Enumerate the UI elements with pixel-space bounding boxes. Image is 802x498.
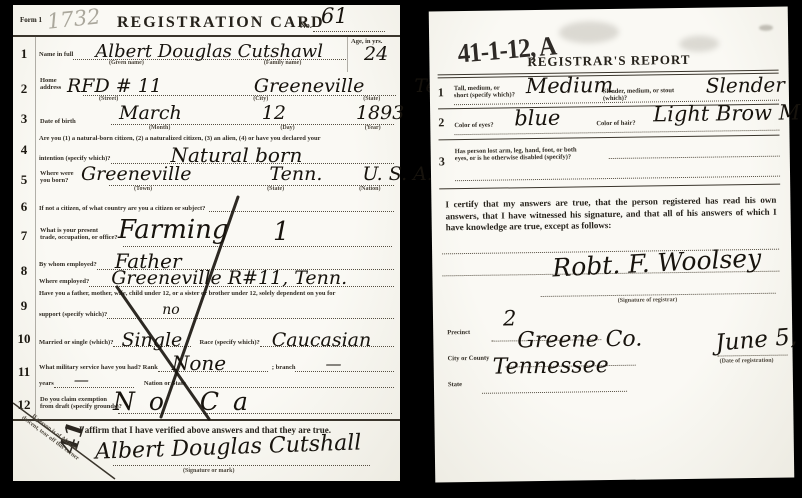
signature-or-mark-sublabel: (Signature or mark) [183, 468, 234, 474]
row-number: 3 [439, 154, 445, 169]
row-number: 2 [438, 115, 444, 130]
alien-country-label: If not a citizen, of what country are yo… [39, 205, 205, 214]
row-number: 1 [13, 36, 36, 72]
years-label: years [39, 380, 54, 389]
dependents-label2: support (specify which)? [39, 311, 107, 321]
row-dependents: 9 Have you a father, mother, wife, child… [13, 288, 400, 324]
state-field: Tennessee State [448, 370, 678, 394]
born-town: Greeneville [81, 163, 191, 185]
registration-date-value: June 5, 1917 [714, 318, 802, 356]
city-county-value: Greene Co. [517, 327, 642, 354]
scan-smudge [679, 35, 719, 52]
row-exemption: 12 Do you claim exemption from draft (sp… [13, 391, 400, 419]
home-address-city: Greeneville [254, 75, 364, 97]
row-name: 1 Age, in yrs. 24 Name in full Albert Do… [13, 36, 400, 72]
registrant-signature: Albert Douglas Cutshall [95, 430, 362, 464]
disability-label2: eyes, or is he otherwise disabled (speci… [455, 153, 577, 162]
birth-year: 1893 [356, 102, 404, 124]
race-label: Race (specify which)? [191, 339, 259, 350]
military-rank-value: None [172, 351, 226, 375]
no-value-handwritten: 61 [321, 4, 348, 28]
row-military-service: 11 What military service have you had? R… [13, 353, 400, 391]
sublabel-day: (Day) [280, 125, 294, 131]
branch-value: — [325, 354, 341, 373]
city-county-label: City or County [448, 355, 490, 363]
row-number: 2 [13, 72, 36, 105]
registrars-report-card: 41-1-12, A REGISTRAR'S REPORT 1 Tall, me… [429, 7, 795, 483]
sublabel-year: (Year) [365, 125, 381, 131]
scan-smudge [559, 21, 619, 44]
row-number: 4 [13, 133, 36, 166]
signature-of-registrar-sublabel: (Signature of registrar) [618, 297, 678, 304]
date-of-registration-sublabel: (Date of registration) [720, 358, 774, 365]
state-label: State [448, 381, 462, 388]
born-nation: U. S. A. [362, 163, 433, 185]
citizen-question-line1: Are you (1) a natural-born citizen, (2) … [39, 133, 400, 142]
military-service-label: What military service have you had? Rank [39, 364, 158, 373]
date-of-birth-label: Date of birth [40, 118, 76, 125]
sublabel-state2: (State) [267, 186, 284, 192]
name-label: Name in full [39, 51, 73, 60]
occupation-value: Farming [118, 215, 229, 245]
scan-smudge [759, 25, 773, 31]
where-employed-label: Where employed? [39, 278, 89, 287]
sublabel-month: (Month) [149, 125, 170, 131]
occupation-label2: trade, occupation, or office? [40, 234, 118, 241]
birth-day: 12 [262, 102, 286, 124]
exemption-label2: from draft (specify grounds)? [40, 403, 122, 410]
registrars-report-title: REGISTRAR'S REPORT [527, 52, 690, 70]
row-number: 6 [13, 194, 36, 219]
married-single-value: Single [121, 329, 182, 351]
precinct-value: 2 [503, 306, 517, 330]
address-label: address [40, 84, 61, 91]
sublabel-town: (Town) [134, 186, 152, 192]
where-born-label1: Where were [40, 170, 74, 177]
report-row-eyes-hair: 2 Color of eyes? blue Color of hair? Lig… [438, 105, 779, 140]
precinct-label: Precinct [447, 329, 470, 336]
row-number: 10 [13, 324, 36, 353]
eye-color-value: blue [514, 106, 560, 131]
born-state: Tenn. [269, 163, 322, 185]
card-title: REGISTRATION CARD [117, 14, 325, 32]
row-number: 11 [13, 353, 36, 391]
form-number-label: Form 1 [20, 16, 42, 24]
row-number: 8 [13, 253, 36, 288]
state-value: Tennessee [493, 353, 609, 380]
by-whom-employed-label: By whom employed? [39, 261, 97, 270]
row-citizenship: 4 Are you (1) a natural-born citizen, (2… [13, 133, 400, 166]
exemption-answer: No Ca [113, 387, 262, 416]
where-employed-value: Greeneville R#11, Tenn. [111, 267, 347, 289]
row-occupation: 7 What is your present trade, occupation… [13, 219, 400, 253]
birth-month: March [119, 102, 182, 124]
home-address-no: RFD # 11 [67, 75, 162, 97]
exemption-label1: Do you claim exemption [40, 396, 122, 403]
age-value: 24 [364, 43, 400, 65]
color-of-eyes-label: Color of eyes? [454, 122, 493, 130]
occupation-tally-mark: 1 [273, 217, 290, 247]
dependents-answer: no [162, 302, 179, 318]
height-value: Medium [526, 73, 614, 98]
row-number: 3 [13, 105, 36, 133]
row-number: 1 [438, 85, 444, 100]
certification-text: I certify that my answers are true, that… [445, 195, 776, 234]
name-value: Albert Douglas Cutshawl [95, 41, 323, 62]
row-date-of-birth: 3 Date of birth March 12 1893 (Month) (D… [13, 105, 400, 133]
no-label: No. [300, 22, 312, 29]
row-married-race: 10 Married or single (which)? Single Rac… [13, 324, 400, 353]
sublabel-nation: (Nation) [359, 186, 380, 192]
row-number: 9 [13, 288, 36, 324]
hair-color-value: Light Brow M. [653, 100, 802, 126]
registrar-signature: Robt. F. Woolsey [552, 243, 762, 282]
branch-label: ; branch [268, 364, 296, 373]
row-home-address: 2 Home address RFD # 11 Greeneville Tenn… [13, 72, 400, 105]
occupation-label1: What is your present [40, 227, 118, 234]
where-born-label2: you born? [40, 177, 74, 184]
color-of-hair-label: Color of hair? [596, 120, 635, 128]
race-value: Caucasian [272, 329, 371, 351]
row-where-born: 5 Where were you born? Greeneville Tenn.… [13, 166, 400, 194]
row-employer: 8 By whom employed? Father Where employe… [13, 253, 400, 288]
report-row-disability: 3 Has person lost arm, leg, hand, foot, … [439, 136, 781, 189]
home-label: Home [40, 77, 61, 84]
dependents-label1: Have you a father, mother, wife, child u… [39, 288, 400, 297]
row-number: 7 [13, 219, 36, 253]
serial-number-pencil: 1732 [46, 4, 102, 33]
height-label2: short (specify which)? [454, 91, 515, 99]
married-single-label: Married or single (which)? [39, 339, 113, 350]
build-value: Slender [706, 73, 785, 98]
row-number: 5 [13, 166, 36, 194]
build-label: Slender, medium, or stout (which)? [603, 87, 693, 102]
years-value: — [74, 371, 89, 389]
scanned-draft-card-image: Form 1 1732 REGISTRATION CARD No. 61 1 A… [0, 0, 802, 498]
registration-card: Form 1 1732 REGISTRATION CARD No. 61 1 A… [13, 5, 400, 481]
